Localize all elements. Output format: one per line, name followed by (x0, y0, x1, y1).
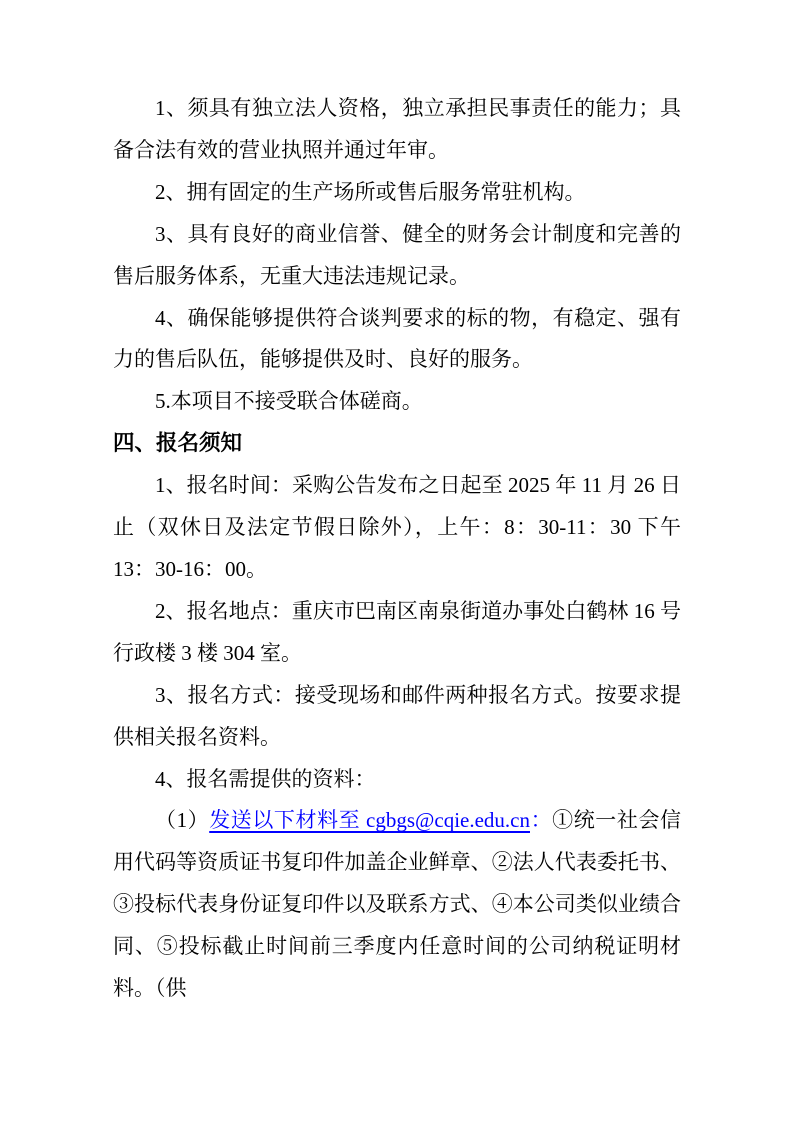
registration-item-method: 3、报名方式：接受现场和邮件两种报名方式。按要求提供相关报名资料。 (113, 675, 681, 759)
qualification-item-1: 1、须具有独立法人资格，独立承担民事责任的能力；具备合法有效的营业执照并通过年审… (113, 88, 681, 172)
email-link[interactable]: 发送以下材料至 cgbgs@cqie.edu.cn (209, 808, 530, 832)
materials-separator: ： (530, 808, 552, 832)
document-page: 1、须具有独立法人资格，独立承担民事责任的能力；具备合法有效的营业执照并通过年审… (0, 0, 794, 1122)
registration-item-materials-label: 4、报名需提供的资料： (113, 759, 681, 801)
registration-item-time: 1、报名时间：采购公告发布之日起至 2025 年 11 月 26 日止（双休日及… (113, 465, 681, 591)
section-heading: 四、报名须知 (113, 423, 681, 465)
qualification-item-3: 3、具有良好的商业信誉、健全的财务会计制度和完善的售后服务体系，无重大违法违规记… (113, 214, 681, 298)
materials-prefix: （1） (155, 808, 209, 832)
registration-item-location: 2、报名地点：重庆市巴南区南泉街道办事处白鹤林 16 号行政楼 3 楼 304 … (113, 591, 681, 675)
materials-rest: ①统一社会信用代码等资质证书复印件加盖企业鲜章、②法人代表委托书、③投标代表身份… (113, 808, 681, 1000)
qualification-item-5: 5.本项目不接受联合体磋商。 (113, 381, 681, 423)
materials-paragraph: （1）发送以下材料至 cgbgs@cqie.edu.cn：①统一社会信用代码等资… (113, 800, 681, 1010)
qualification-item-4: 4、确保能够提供符合谈判要求的标的物，有稳定、强有力的售后队伍，能够提供及时、良… (113, 298, 681, 382)
qualification-item-2: 2、拥有固定的生产场所或售后服务常驻机构。 (113, 172, 681, 214)
document-content: 1、须具有独立法人资格，独立承担民事责任的能力；具备合法有效的营业执照并通过年审… (0, 0, 794, 1010)
